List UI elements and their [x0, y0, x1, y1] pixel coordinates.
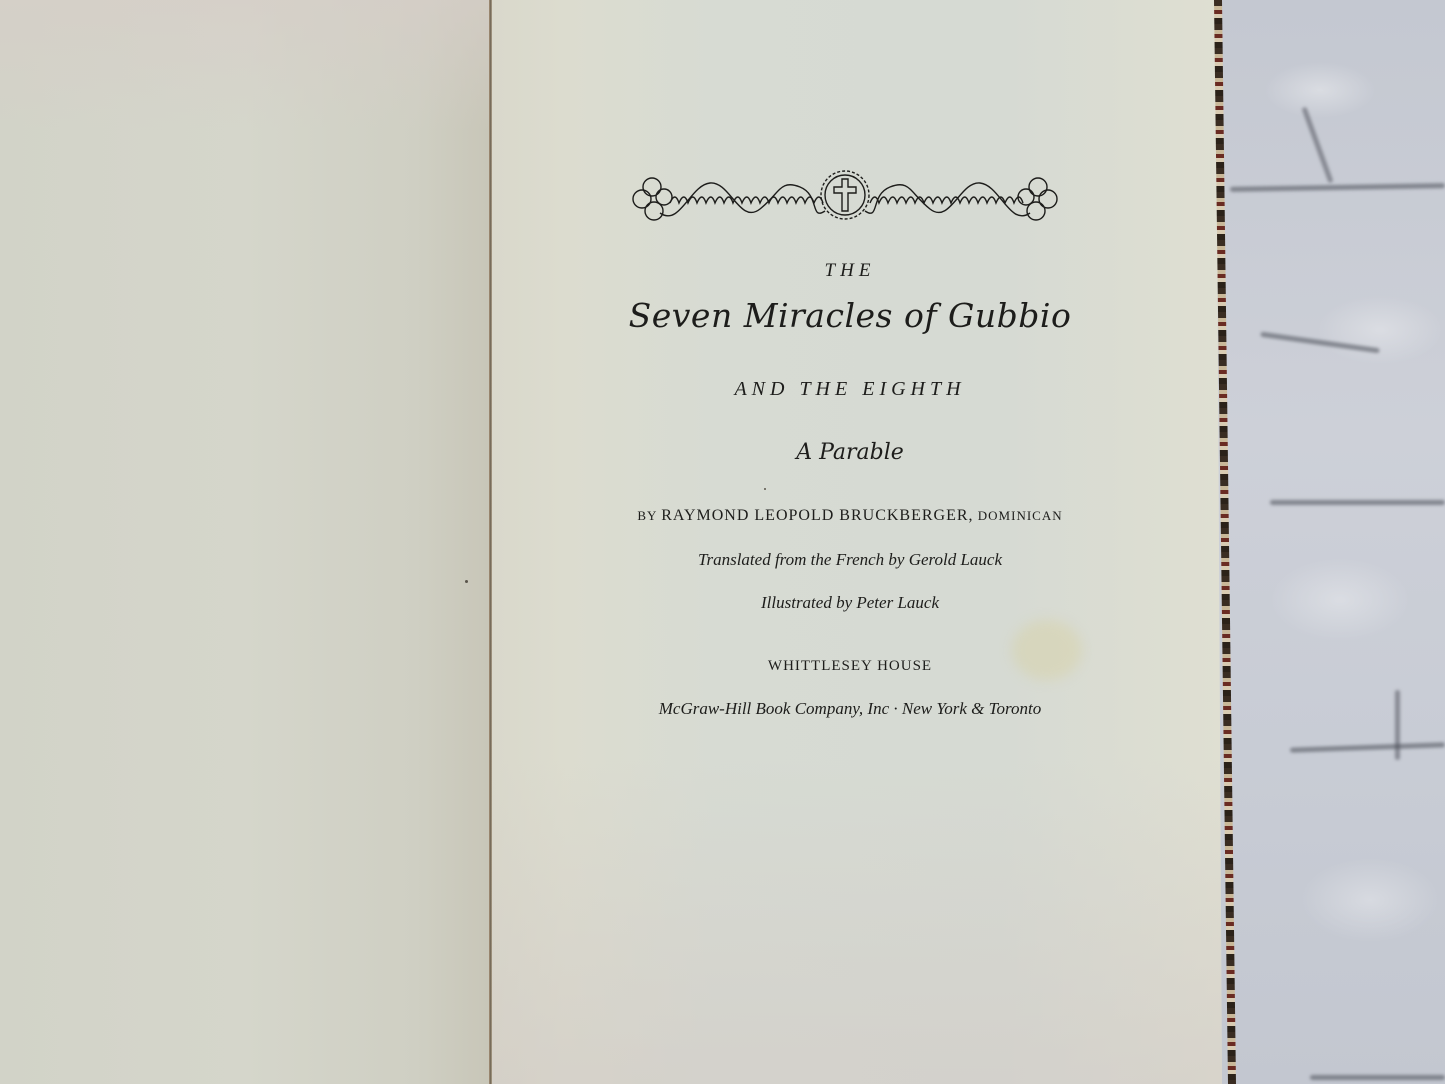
author-prefix: BY [637, 508, 657, 523]
book-subtitle: AND THE EIGHTH [620, 378, 1080, 401]
translator-credit: Translated from the French by Gerold Lau… [600, 550, 1100, 570]
author-name: RAYMOND LEOPOLD BRUCKBERGER, [661, 507, 973, 524]
book-photo: THE Seven Miracles of Gubbio AND THE EIG… [0, 0, 1445, 1084]
mortar-line [1395, 690, 1400, 760]
author-suffix: DOMINICAN [978, 508, 1063, 523]
title-page [492, 0, 1222, 1084]
title-article: THE [620, 260, 1080, 282]
illustrator-credit: Illustrated by Peter Lauck [620, 593, 1080, 613]
laurel-garland-ornament-icon [630, 165, 1060, 235]
author-line: BY RAYMOND LEOPOLD BRUCKBERGER, DOMINICA… [600, 507, 1100, 525]
mortar-line [1230, 183, 1445, 192]
book-title: Seven Miracles of Gubbio [610, 296, 1090, 335]
mortar-line [1290, 742, 1445, 752]
imprint-name: WHITTLESEY HOUSE [620, 658, 1080, 675]
publisher-line: McGraw-Hill Book Company, Inc · New York… [590, 699, 1110, 719]
book-tagline: A Parable [620, 440, 1080, 465]
paper-speck [465, 580, 468, 583]
mortar-line [1310, 1075, 1445, 1080]
paper-speck [764, 488, 766, 490]
left-page-blank [0, 0, 490, 1084]
book-gutter [489, 0, 492, 1084]
mortar-line [1301, 107, 1333, 184]
mortar-line [1270, 500, 1445, 505]
mortar-line [1260, 332, 1380, 354]
